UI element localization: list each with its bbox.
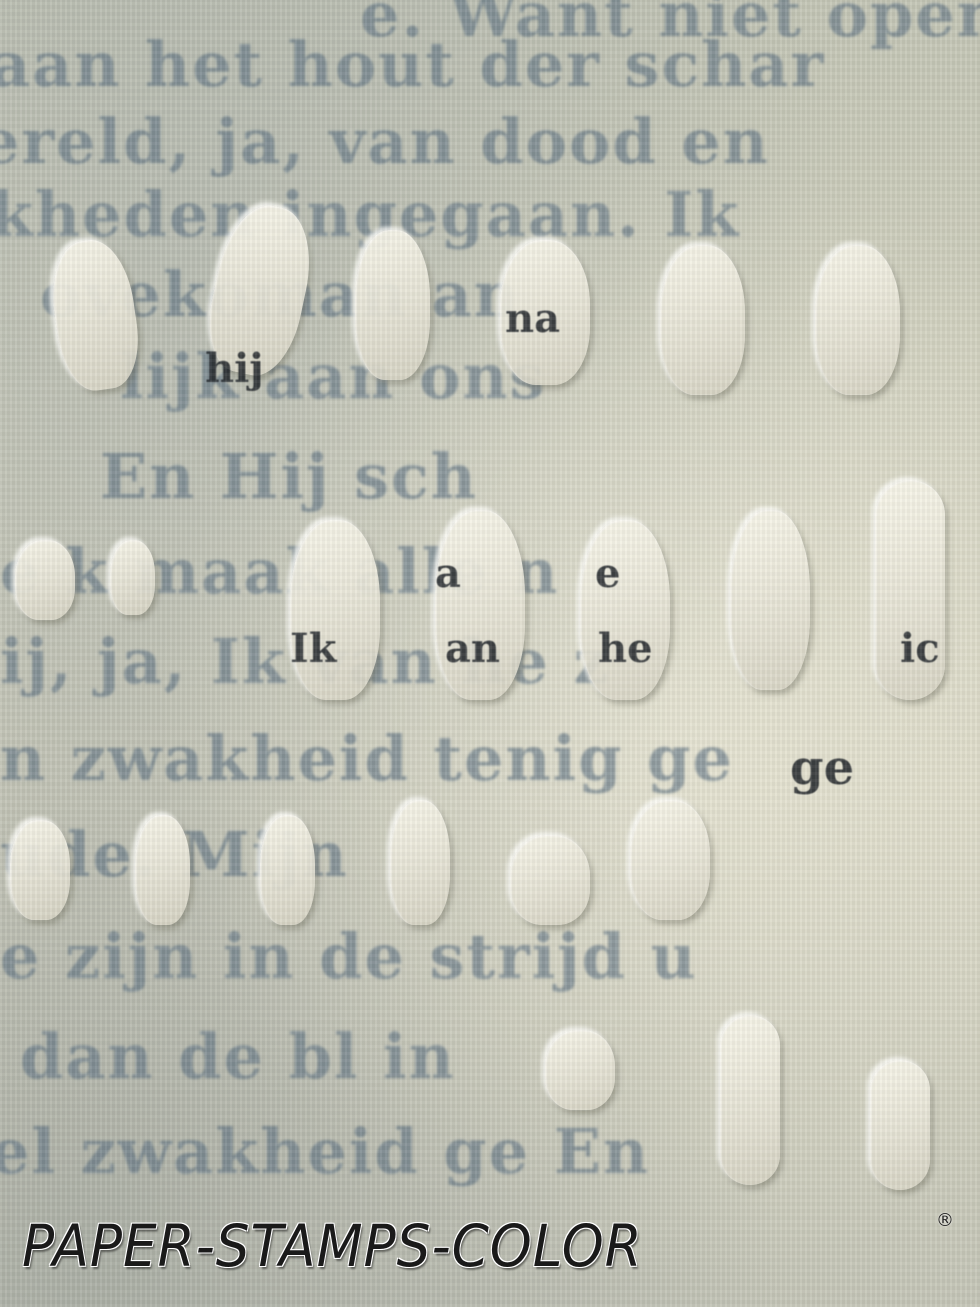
embossed-letter [110,540,155,615]
embossed-letter [580,520,670,700]
embossed-word-row-2: a e Ik an he ic [0,500,980,700]
embossed-letter [660,245,745,395]
embossed-word-row-1: na hij [0,225,980,425]
print-line: dan de bl in [20,1020,456,1093]
embossed-letter [545,1030,615,1110]
print-line: el zwakheid ge En [0,1115,650,1188]
registered-trademark-icon: ® [936,1210,954,1231]
embossed-letter [10,820,70,920]
embossed-letter [15,540,75,620]
embossed-letter [355,230,430,380]
embossed-letter [510,835,590,925]
print-line: ereld, ja, van dood en [0,105,770,178]
embossed-word-row-3 [0,800,980,1000]
embossed-letter [260,815,315,925]
embossed-letter [45,235,145,395]
embossed-letter [870,1060,930,1190]
embossed-letter [730,510,810,690]
embossed-letter [135,815,190,925]
embossed-paper-photo: e. Want niet opent aan het hout der scha… [0,0,980,1307]
embossed-letter [290,520,380,700]
watermark-text: PAPER-STAMPS-COLOR [22,1212,643,1280]
print-line: aan het hout der schar [0,28,825,101]
embossed-letter [630,800,710,920]
print-line: n zwakheid tenig ge [0,722,734,795]
embossed-letter [815,245,900,395]
embossed-letter [720,1015,780,1185]
embossed-letter [390,800,450,925]
